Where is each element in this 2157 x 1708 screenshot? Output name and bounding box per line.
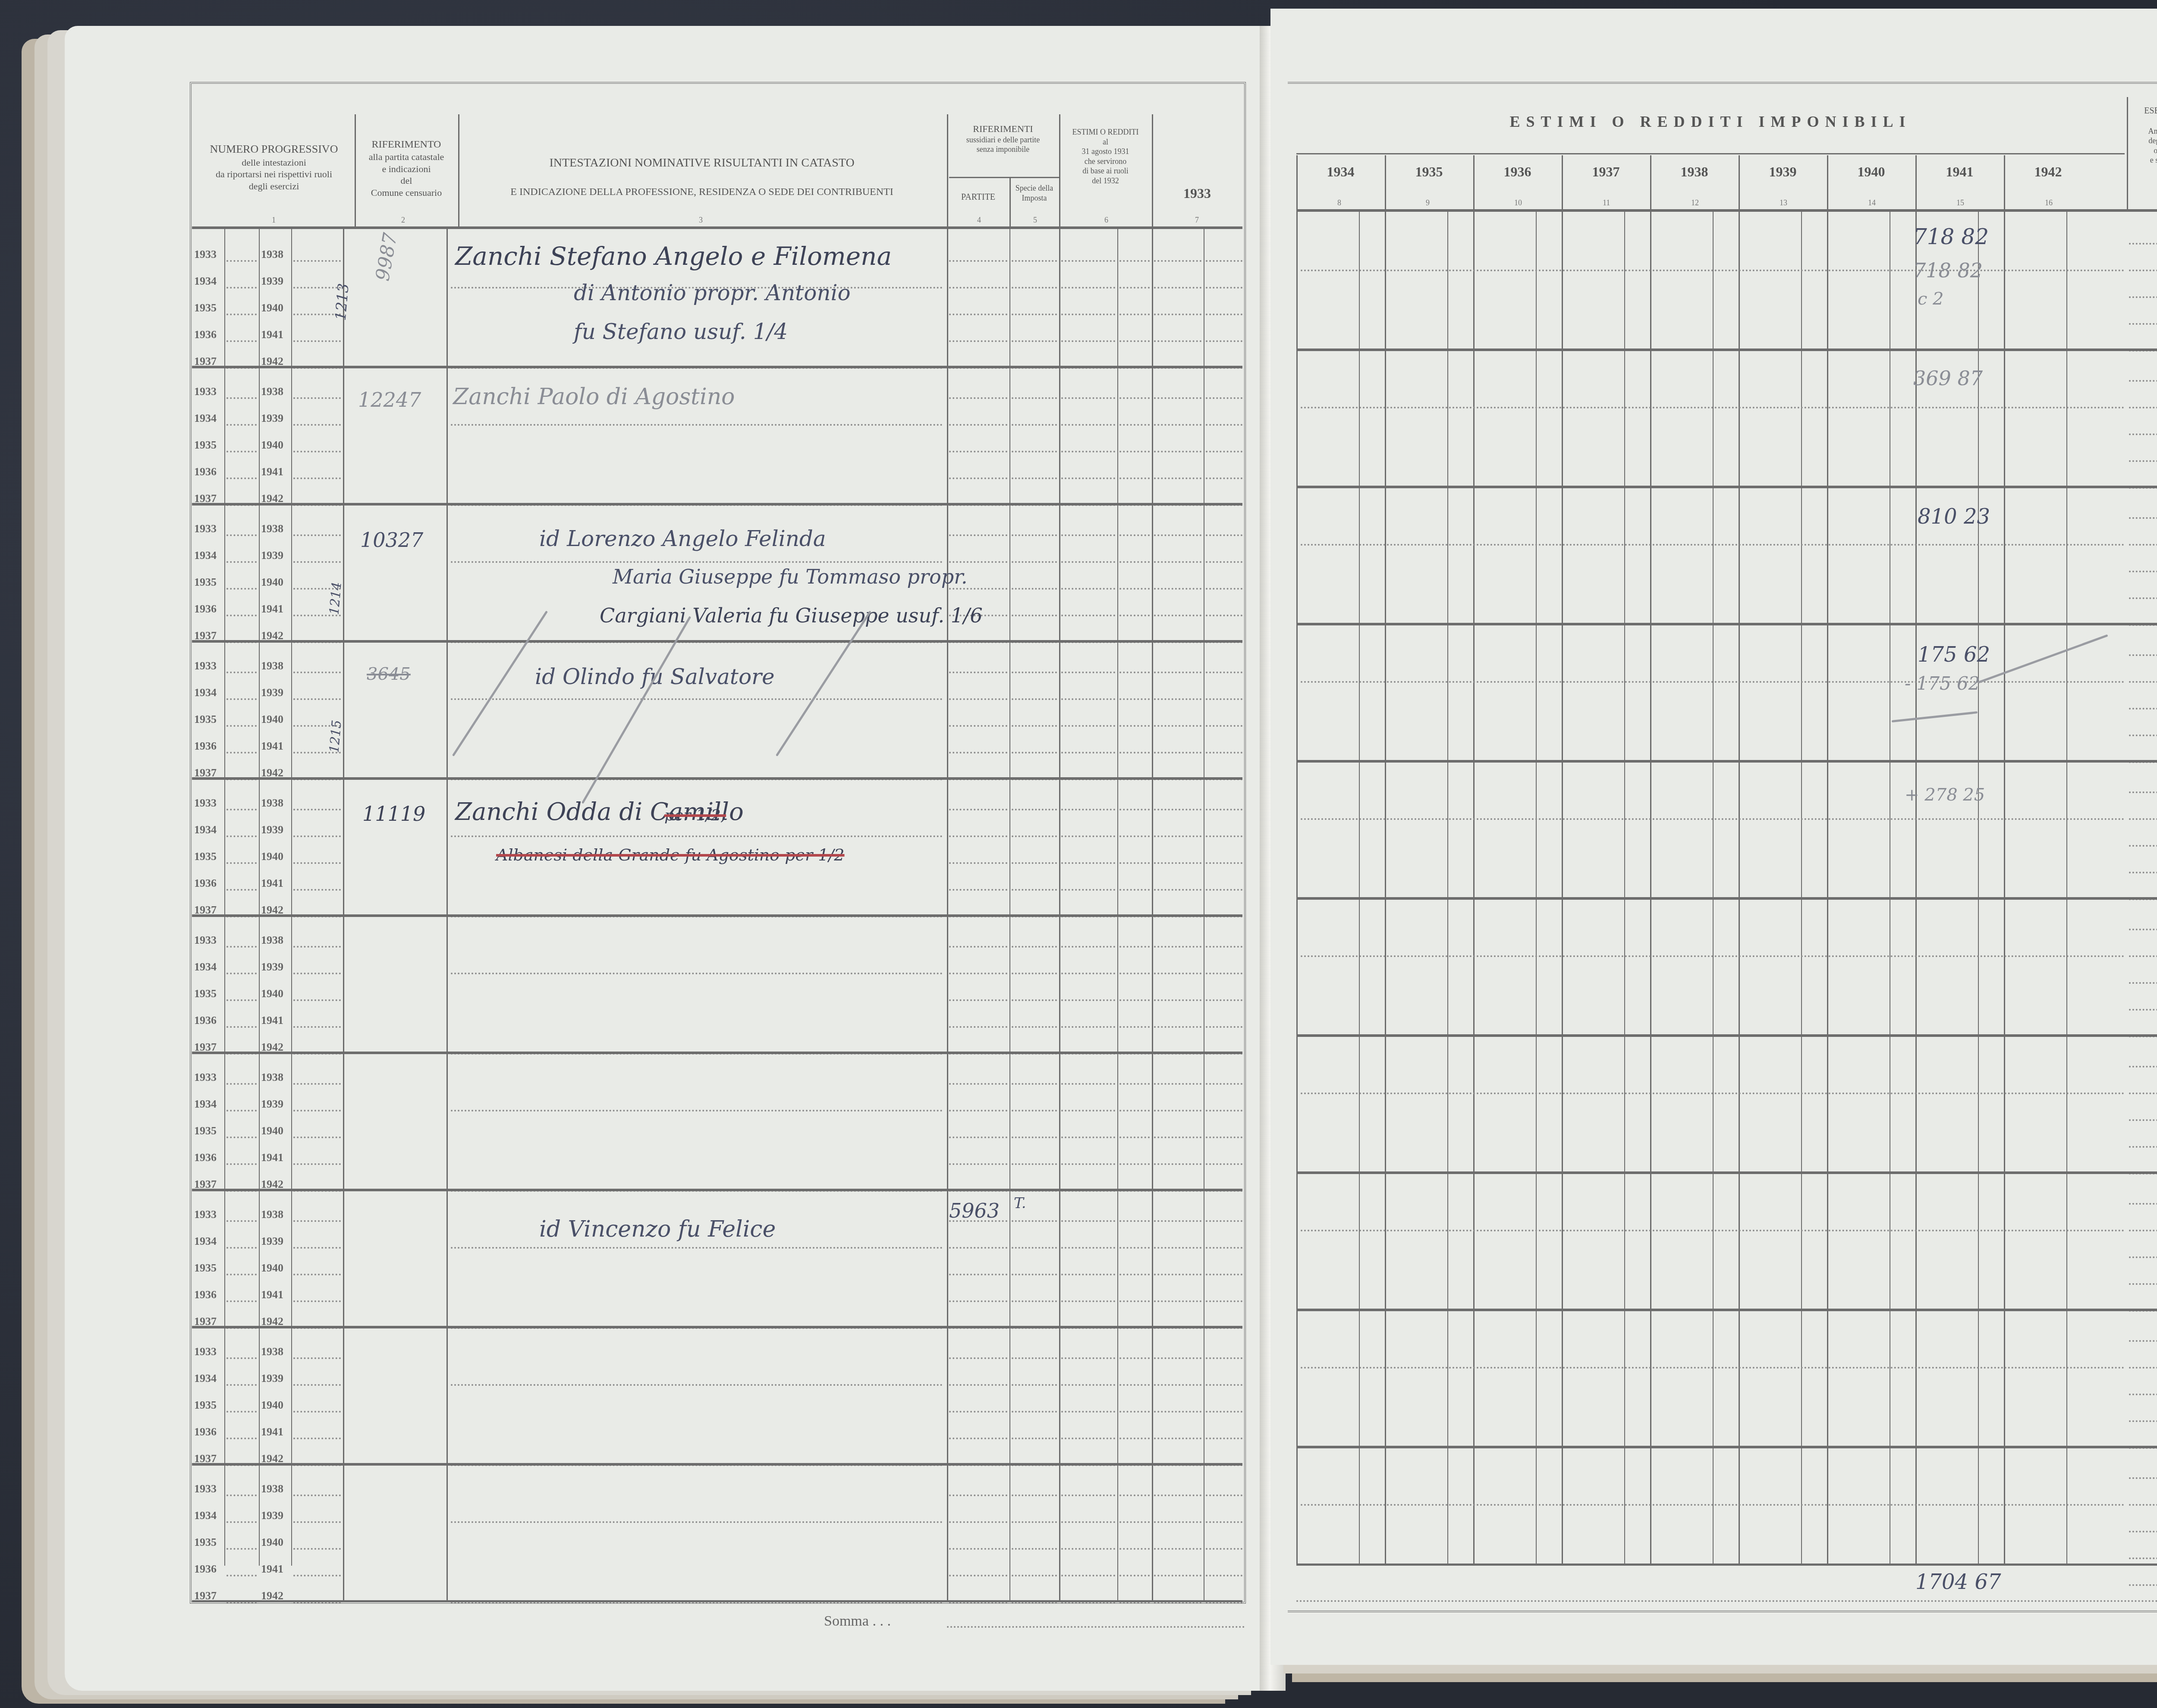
dotted-rule — [1154, 752, 1201, 754]
dotted-rule — [1061, 1110, 1115, 1111]
dotted-rule — [949, 999, 1007, 1001]
dotted-rule — [2129, 243, 2157, 245]
row-year-label: 1940 — [261, 576, 283, 589]
dotted-rule — [293, 397, 341, 399]
row-year-label: 1941 — [261, 740, 283, 753]
dotted-rule — [293, 1247, 341, 1249]
row-year-label: 1934 — [194, 1372, 217, 1385]
dotted-rule — [1012, 889, 1057, 891]
dotted-rule — [949, 287, 1007, 289]
dotted-rule — [1012, 835, 1057, 837]
dotted-rule — [1012, 862, 1057, 864]
dotted-rule — [451, 1110, 943, 1111]
dotted-rule — [1119, 340, 1150, 342]
row-year-label: 1940 — [261, 1399, 283, 1412]
dotted-rule — [1061, 287, 1115, 289]
entry-partita-number: 11119 — [362, 802, 425, 826]
dotted-rule — [1206, 424, 1242, 426]
row-year-label: 1939 — [261, 1235, 283, 1248]
dotted-rule — [1119, 809, 1150, 810]
row-year-label: 1934 — [194, 823, 217, 836]
dotted-rule — [1012, 1110, 1057, 1111]
row-year-label: 1935 — [194, 850, 217, 863]
dotted-rule — [1061, 561, 1115, 563]
row-separator — [192, 503, 1242, 505]
amount-1941: 369 87 — [1913, 367, 1983, 390]
dotted-rule — [1119, 314, 1150, 315]
row-separator — [192, 1052, 1242, 1054]
dotted-rule — [1012, 534, 1057, 536]
dotted-rule — [1154, 1411, 1201, 1413]
dotted-rule — [293, 1521, 341, 1523]
sum-1941: 1704 67 — [1915, 1570, 2001, 1594]
row-year-label: 1935 — [194, 301, 217, 314]
entry-name-line: fu Stefano usuf. 1/4 — [574, 319, 788, 344]
row-year-label: 1938 — [261, 1345, 283, 1358]
dotted-rule — [2129, 735, 2157, 736]
dotted-rule — [451, 1521, 943, 1523]
dotted-rule — [1206, 835, 1242, 837]
dotted-rule — [1206, 752, 1242, 754]
row-year-label: 1936 — [194, 465, 217, 478]
dotted-rule — [1154, 1247, 1201, 1249]
dotted-rule — [1206, 889, 1242, 891]
header-year: 1942 — [2004, 164, 2092, 180]
header-bottom-rule — [192, 226, 1242, 229]
dotted-rule — [1119, 260, 1150, 262]
dotted-rule — [2129, 460, 2157, 462]
header-line: Comune censuario — [355, 187, 458, 199]
header-title: ESENZIONI — [2127, 106, 2157, 116]
divider — [1562, 155, 1563, 1566]
dotted-rule — [1206, 1026, 1242, 1028]
dotted-rule — [1119, 534, 1150, 536]
dotted-rule — [1012, 1137, 1057, 1138]
dotted-rule — [1206, 862, 1242, 864]
divider — [259, 229, 260, 1566]
dotted-rule — [949, 672, 1007, 673]
divider — [1296, 155, 1298, 1566]
dotted-rule — [226, 672, 257, 673]
column-number: 15 — [1956, 198, 1964, 207]
dotted-rule — [1061, 889, 1115, 891]
row-year-label: 1935 — [194, 439, 217, 452]
dotted-rule — [1119, 973, 1150, 974]
dotted-rule — [226, 999, 257, 1001]
dotted-rule — [1119, 1274, 1150, 1275]
dotted-rule — [1119, 946, 1150, 948]
dotted-rule — [1012, 1521, 1057, 1523]
dotted-rule — [1301, 681, 2125, 683]
dotted-rule — [1061, 340, 1115, 342]
dotted-rule — [1012, 1575, 1057, 1576]
row-separator — [1296, 1446, 2157, 1448]
dotted-rule — [1206, 809, 1242, 810]
dotted-rule — [1301, 955, 2125, 957]
header-estimi-imponibili: ESTIMI O REDDITI IMPONIBILI — [1296, 112, 2125, 132]
dotted-rule — [2129, 1283, 2157, 1285]
dotted-rule — [1154, 1494, 1201, 1496]
dotted-rule — [1154, 1384, 1201, 1386]
row-year-label: 1935 — [194, 987, 217, 1000]
dotted-rule — [2129, 818, 2157, 820]
row-year-label: 1941 — [261, 1014, 283, 1027]
dotted-rule — [226, 1137, 257, 1138]
dotted-rule — [1012, 260, 1057, 262]
column-number: 12 — [1691, 198, 1699, 207]
dotted-rule — [1061, 1438, 1115, 1439]
dotted-rule — [293, 1411, 341, 1413]
dotted-rule — [1061, 725, 1115, 727]
dotted-rule — [1119, 752, 1150, 754]
dotted-rule — [1154, 672, 1201, 673]
dotted-rule — [1206, 1300, 1242, 1302]
dotted-rule — [1154, 1300, 1201, 1302]
dotted-rule — [1061, 424, 1115, 426]
dotted-rule — [1012, 1247, 1057, 1249]
row-separator — [192, 1326, 1242, 1328]
dotted-rule — [1012, 1438, 1057, 1439]
dotted-rule — [293, 1548, 341, 1550]
dotted-rule — [293, 534, 341, 536]
dotted-rule — [949, 725, 1007, 727]
header-partite: PARTITE — [947, 192, 1009, 203]
dotted-rule — [1119, 397, 1150, 399]
dotted-rule — [293, 1384, 341, 1386]
dotted-rule — [2129, 1420, 2157, 1422]
dotted-rule — [293, 672, 341, 673]
header-line: senza imponibile — [947, 144, 1059, 154]
dotted-rule — [1119, 999, 1150, 1001]
row-separator — [1296, 349, 2157, 351]
dotted-rule — [226, 1083, 257, 1085]
header-line: alla partita catastale — [355, 151, 458, 163]
dotted-rule — [1012, 287, 1057, 289]
dotted-rule — [1061, 1411, 1115, 1413]
dotted-rule — [451, 424, 943, 426]
dotted-rule — [226, 1357, 257, 1359]
divider — [1359, 211, 1360, 1566]
dotted-rule — [226, 260, 257, 262]
dotted-rule — [1012, 698, 1057, 700]
dotted-rule — [1301, 407, 2125, 408]
column-number: 11 — [1603, 198, 1610, 207]
dotted-rule — [1154, 561, 1201, 563]
dotted-rule — [949, 862, 1007, 864]
dotted-rule — [1154, 835, 1201, 837]
row-separator — [192, 1189, 1242, 1191]
dotted-rule — [1206, 1357, 1242, 1359]
dotted-rule — [293, 889, 341, 891]
dotted-rule — [1012, 1300, 1057, 1302]
dotted-rule — [293, 1137, 341, 1138]
dotted-rule — [1061, 973, 1115, 974]
row-year-label: 1936 — [194, 740, 217, 753]
dotted-rule — [949, 1384, 1007, 1386]
row-year-label: 1936 — [194, 877, 217, 890]
dotted-rule — [1119, 615, 1150, 616]
sum-label: Somma . . . — [824, 1613, 891, 1630]
dotted-rule — [293, 477, 341, 479]
dotted-rule — [1012, 1494, 1057, 1496]
dotted-rule — [1012, 615, 1057, 616]
row-year-label: 1933 — [194, 522, 217, 535]
dotted-rule — [2129, 1557, 2157, 1559]
dotted-rule — [2129, 571, 2157, 572]
header-esenzioni: ESENZIONI — Ammontare degli estimi o red… — [2127, 106, 2157, 165]
divider — [1152, 114, 1153, 226]
dotted-rule — [1301, 818, 2125, 820]
dotted-rule — [1119, 725, 1150, 727]
dotted-rule — [2129, 597, 2157, 599]
dotted-rule — [1012, 752, 1057, 754]
entry-ref-partite: 5963 — [949, 1199, 1000, 1222]
column-number: 13 — [1780, 198, 1787, 207]
row-year-label: 1939 — [261, 275, 283, 288]
row-year-label: 1940 — [261, 1124, 283, 1137]
dotted-rule — [1061, 946, 1115, 948]
row-year-label: 1936 — [194, 1425, 217, 1438]
column-number: 5 — [1033, 216, 1037, 225]
header-year: 1941 — [1915, 164, 2004, 180]
header-title: INTESTAZIONI NOMINATIVE RISULTANTI IN CA… — [458, 155, 946, 170]
entry-name-line: Cargiani Valeria fu Giuseppe usuf. 1/6 — [600, 604, 983, 627]
row-year-label: 1935 — [194, 1399, 217, 1412]
dotted-rule — [293, 1438, 341, 1439]
dotted-rule — [1154, 260, 1201, 262]
dotted-rule — [1061, 1300, 1115, 1302]
row-year-label: 1941 — [261, 1151, 283, 1164]
dotted-rule — [293, 1163, 341, 1165]
dotted-rule — [2129, 517, 2157, 519]
dotted-rule — [1154, 477, 1201, 479]
entry-partita-number: 10327 — [360, 528, 423, 552]
dotted-rule — [1301, 1367, 2125, 1369]
header-bottom-rule — [1296, 209, 2157, 212]
dotted-rule — [949, 946, 1007, 948]
dotted-rule — [293, 424, 341, 426]
dotted-rule — [1119, 451, 1150, 452]
divider — [1296, 153, 2125, 154]
dotted-rule — [451, 698, 943, 700]
dotted-rule — [2129, 708, 2157, 710]
dotted-rule — [226, 835, 257, 837]
dotted-rule — [293, 1083, 341, 1085]
column-number: 9 — [1426, 198, 1430, 207]
header-year: 1935 — [1385, 164, 1473, 180]
dotted-rule — [1206, 287, 1242, 289]
row-year-label: 1939 — [261, 1098, 283, 1111]
header-subtitle: E INDICAZIONE DELLA PROFESSIONE, RESIDEN… — [458, 185, 946, 198]
dotted-rule — [1206, 1247, 1242, 1249]
column-number: 14 — [1868, 198, 1876, 207]
dotted-rule — [2129, 1230, 2157, 1231]
dotted-rule — [949, 1548, 1007, 1550]
row-year-label: 1934 — [194, 686, 217, 699]
header-year: 1934 — [1296, 164, 1385, 180]
row-year-label: 1935 — [194, 576, 217, 589]
dotted-rule — [1206, 1163, 1242, 1165]
header-title: ESTIMI O REDDITI — [1059, 127, 1152, 137]
dotted-rule — [949, 561, 1007, 563]
dotted-rule — [2129, 791, 2157, 793]
dotted-rule — [226, 973, 257, 974]
row-separator — [1296, 623, 2157, 625]
dotted-rule — [1206, 397, 1242, 399]
dotted-rule — [1154, 615, 1201, 616]
row-separator — [192, 777, 1242, 780]
dotted-rule — [2129, 1256, 2157, 1258]
dotted-rule — [2129, 1394, 2157, 1395]
divider — [224, 229, 225, 1566]
column-number: 16 — [2045, 198, 2053, 207]
entry-progressive-number: 1213 — [332, 283, 352, 321]
dotted-rule — [1154, 809, 1201, 810]
dotted-rule — [2129, 1009, 2157, 1011]
entry-partita-struck: 3645 — [367, 664, 411, 684]
sum-dotted-line — [947, 1626, 1245, 1628]
header-line: e indicazioni — [355, 163, 458, 175]
dotted-rule — [1154, 424, 1201, 426]
row-year-label: 1938 — [261, 934, 283, 947]
row-year-label: 1938 — [261, 522, 283, 535]
dotted-rule — [1206, 973, 1242, 974]
row-year-label: 1940 — [261, 1536, 283, 1549]
row-separator — [1296, 897, 2157, 900]
dotted-rule — [451, 973, 943, 974]
row-year-label: 1934 — [194, 961, 217, 973]
amount-1941: + 278 25 — [1905, 785, 1985, 805]
divider — [1739, 155, 1740, 1566]
header-riferimento: RIFERIMENTO alla partita catastale e ind… — [355, 138, 458, 198]
dotted-rule — [1154, 725, 1201, 727]
dotted-rule — [1301, 1093, 2125, 1094]
dotted-rule — [1119, 1494, 1150, 1496]
dotted-rule — [1061, 1220, 1115, 1222]
dotted-rule — [1154, 534, 1201, 536]
dotted-rule — [1206, 561, 1242, 563]
dotted-rule — [1206, 1521, 1242, 1523]
dotted-rule — [1154, 1357, 1201, 1359]
dotted-rule — [949, 752, 1007, 754]
dotted-rule — [1012, 588, 1057, 590]
dotted-rule — [1061, 999, 1115, 1001]
dotted-rule — [1119, 287, 1150, 289]
dotted-rule — [226, 1026, 257, 1028]
dotted-rule — [1061, 1357, 1115, 1359]
dotted-rule — [293, 1110, 341, 1111]
divider — [1473, 155, 1475, 1566]
row-year-label: 1941 — [261, 1425, 283, 1438]
dotted-rule — [949, 1494, 1007, 1496]
dotted-rule — [949, 1438, 1007, 1439]
dotted-rule — [1061, 809, 1115, 810]
dotted-rule — [1061, 698, 1115, 700]
row-year-label: 1941 — [261, 328, 283, 341]
entry-ref-specie: T. — [1014, 1195, 1026, 1212]
dotted-rule — [1154, 889, 1201, 891]
row-year-label: 1933 — [194, 385, 217, 398]
dotted-rule — [1012, 1274, 1057, 1275]
dotted-rule — [226, 314, 257, 315]
dotted-rule — [293, 561, 341, 563]
dotted-rule — [226, 397, 257, 399]
dotted-rule — [1206, 725, 1242, 727]
column-number: 10 — [1514, 198, 1522, 207]
dotted-rule — [2129, 872, 2157, 873]
dotted-rule — [1119, 1163, 1150, 1165]
row-separator — [192, 640, 1242, 643]
entry-name-line: Zanchi Stefano Angelo e Filomena — [455, 242, 892, 271]
dotted-rule — [226, 1110, 257, 1111]
right-page: Mod. 111 - Imposte Dirette (Intercalare)… — [1270, 9, 2157, 1665]
dotted-rule — [451, 1384, 943, 1386]
entry-name-struck: per 1/2; — [664, 807, 726, 824]
header-line: e scadenze — [2127, 155, 2157, 165]
dotted-rule — [1154, 1220, 1201, 1222]
dotted-rule — [1119, 1384, 1150, 1386]
dotted-rule — [293, 287, 341, 289]
dotted-rule — [1206, 946, 1242, 948]
header-specie-imposta: Specie della Imposta — [1009, 183, 1059, 203]
dotted-rule — [1154, 1110, 1201, 1111]
dotted-rule — [1061, 260, 1115, 262]
dotted-rule — [1061, 534, 1115, 536]
dotted-rule — [1301, 1504, 2125, 1506]
dotted-rule — [2129, 1066, 2157, 1067]
dotted-rule — [293, 1575, 341, 1576]
dotted-rule — [293, 835, 341, 837]
dotted-rule — [1206, 1110, 1242, 1111]
dotted-rule — [1206, 451, 1242, 452]
dotted-rule — [226, 889, 257, 891]
dotted-rule — [293, 451, 341, 452]
divider — [291, 229, 292, 1566]
dotted-rule — [293, 1220, 341, 1222]
row-year-label: 1939 — [261, 549, 283, 562]
row-year-label: 1933 — [194, 248, 217, 261]
entry-name-line: Maria Giuseppe fu Tommaso propr. — [613, 565, 968, 588]
dotted-rule — [1154, 287, 1201, 289]
dotted-rule — [949, 534, 1007, 536]
dotted-rule — [1154, 1548, 1201, 1550]
header-line: degli estimi — [2127, 136, 2157, 146]
dotted-rule — [2129, 1119, 2157, 1121]
dotted-rule — [1206, 1137, 1242, 1138]
dotted-rule — [1154, 1274, 1201, 1275]
dotted-rule — [1119, 1137, 1150, 1138]
dotted-rule — [1119, 1026, 1150, 1028]
row-year-label: 1940 — [261, 850, 283, 863]
column-number: 6 — [1104, 216, 1108, 225]
dotted-rule — [226, 1494, 257, 1496]
divider — [1624, 211, 1625, 1566]
dotted-rule — [1119, 1247, 1150, 1249]
dotted-rule — [1061, 397, 1115, 399]
dotted-rule — [293, 946, 341, 948]
dotted-rule — [1301, 544, 2125, 546]
dotted-rule — [1206, 1384, 1242, 1386]
dotted-rule — [1119, 588, 1150, 590]
row-separator — [192, 366, 1242, 368]
divider — [949, 177, 1059, 178]
header-line: al — [1059, 137, 1152, 147]
dotted-rule — [293, 1026, 341, 1028]
header-line: Ammontare — [2127, 126, 2157, 136]
dotted-rule — [1061, 1083, 1115, 1085]
row-separator — [192, 914, 1242, 917]
dotted-rule — [949, 314, 1007, 315]
